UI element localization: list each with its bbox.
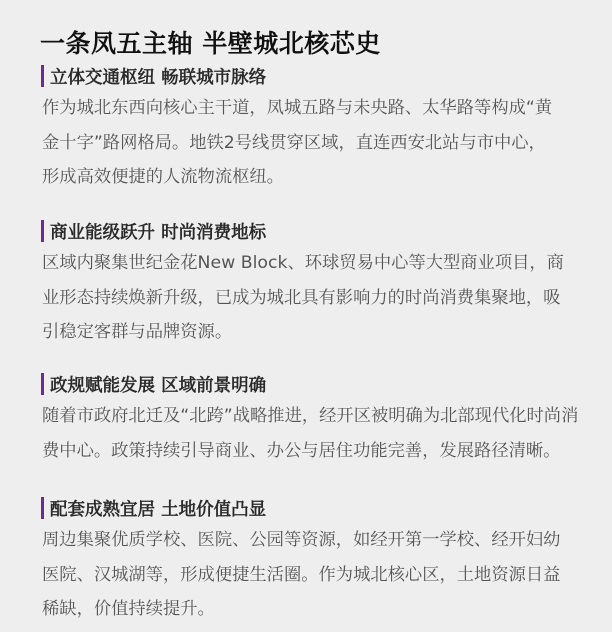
body-line: 随着市政府北迁及“北跨”战略推进，经开区被明确为北部现代化时尚消: [41, 399, 581, 434]
section-title: 配套成熟宜居 土地价值凸显: [50, 496, 266, 521]
body-line: 费中心。政策持续引导商业、办公与居住功能完善，发展路径清晰。: [41, 434, 581, 469]
section-heading: 立体交通枢纽 畅联城市脉络: [41, 64, 581, 88]
body-line: 引稳定客群与品牌资源。: [41, 315, 581, 350]
section-title: 政规赋能发展 区域前景明确: [50, 372, 266, 397]
body-line: 稀缺，价值持续提升。: [41, 592, 581, 627]
section-transport: 立体交通枢纽 畅联城市脉络 作为城北东西向核心主干道，凤城五路与未央路、太华路等…: [41, 64, 581, 195]
body-line: 形成高效便捷的人流物流枢纽。: [41, 160, 581, 195]
section-title: 立体交通枢纽 畅联城市脉络: [50, 64, 266, 89]
accent-bar: [41, 497, 44, 519]
section-heading: 配套成熟宜居 土地价值凸显: [41, 496, 581, 520]
section-policy: 政规赋能发展 区域前景明确 随着市政府北迁及“北跨”战略推进，经开区被明确为北部…: [41, 372, 581, 468]
body-line: 医院、汉城湖等，形成便捷生活圈。作为城北核心区，土地资源日益: [41, 558, 581, 593]
accent-bar: [41, 220, 44, 242]
section-heading: 商业能级跃升 时尚消费地标: [41, 219, 581, 243]
body-line: 区域内聚集世纪金花New Block、环球贸易中心等大型商业项目，商: [41, 246, 581, 281]
body-line: 周边集聚优质学校、医院、公园等资源，如经开第一学校、经开妇幼: [41, 523, 581, 558]
section-commerce: 商业能级跃升 时尚消费地标 区域内聚集世纪金花New Block、环球贸易中心等…: [41, 219, 581, 350]
body-line: 业形态持续焕新升级，已成为城北具有影响力的时尚消费集聚地，吸: [41, 281, 581, 316]
section-heading: 政规赋能发展 区域前景明确: [41, 372, 581, 396]
body-line: 作为城北东西向核心主干道，凤城五路与未央路、太华路等构成“黄: [41, 91, 581, 126]
section-amenities: 配套成熟宜居 土地价值凸显 周边集聚优质学校、医院、公园等资源，如经开第一学校、…: [41, 496, 581, 627]
accent-bar: [41, 65, 44, 87]
section-body: 作为城北东西向核心主干道，凤城五路与未央路、太华路等构成“黄 金十字”路网格局。…: [41, 91, 581, 195]
section-body: 区域内聚集世纪金花New Block、环球贸易中心等大型商业项目，商 业形态持续…: [41, 246, 581, 350]
section-body: 随着市政府北迁及“北跨”战略推进，经开区被明确为北部现代化时尚消 费中心。政策持…: [41, 399, 581, 468]
page-title: 一条凤五主轴 半壁城北核芯史: [40, 24, 381, 60]
body-line: 金十字”路网格局。地铁2号线贯穿区域，直连西安北站与市中心，: [41, 126, 581, 161]
accent-bar: [41, 373, 44, 395]
section-body: 周边集聚优质学校、医院、公园等资源，如经开第一学校、经开妇幼 医院、汉城湖等，形…: [41, 523, 581, 627]
section-title: 商业能级跃升 时尚消费地标: [50, 219, 266, 244]
